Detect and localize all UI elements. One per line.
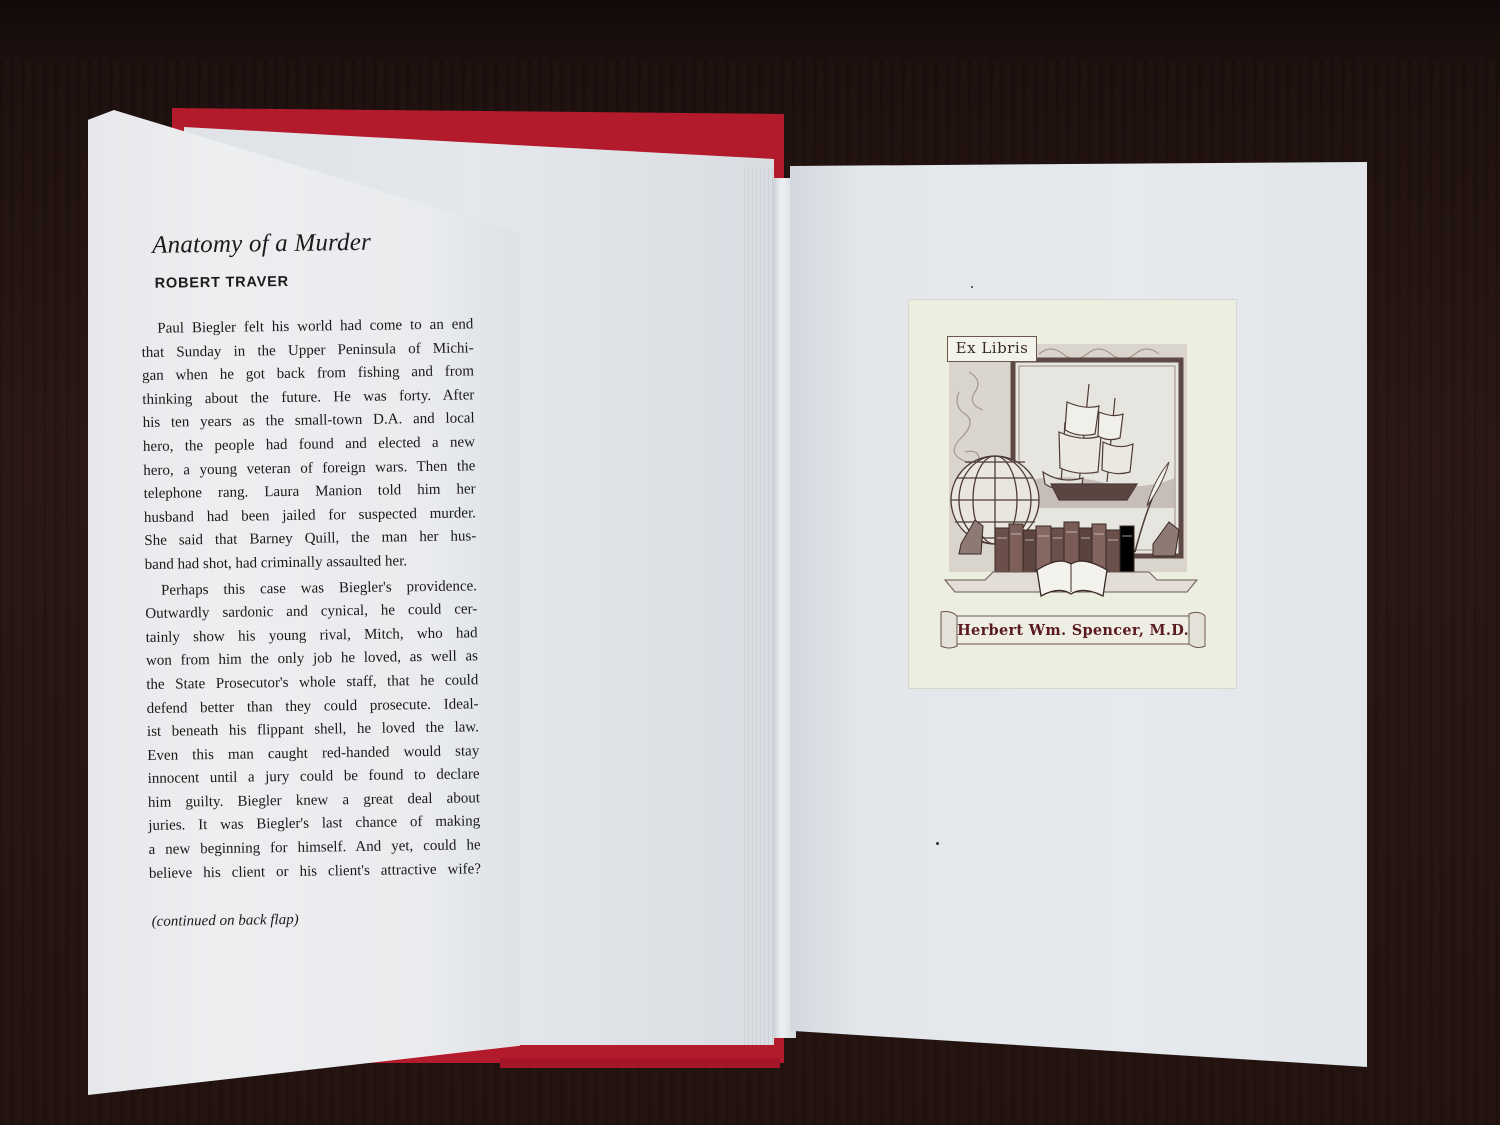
wooden-table-edge <box>0 0 1500 60</box>
gutter-texture <box>744 167 774 1047</box>
ex-libris-bookplate: Ex Libris Herbert Wm. Spencer, M.D. <box>909 300 1236 688</box>
author-name: ROBERT TRAVER <box>155 271 473 291</box>
paper-speck <box>971 286 973 288</box>
owner-name-scroll: Herbert Wm. Spencer, M.D. <box>935 610 1211 650</box>
bookplate-illustration-icon <box>939 332 1204 602</box>
paper-speck <box>936 842 939 845</box>
flap-text-block: Anatomy of a Murder ROBERT TRAVER Paul B… <box>140 227 482 931</box>
blurb-paragraph-2: Perhaps this case was Biegler's providen… <box>145 575 481 886</box>
book-title: Anatomy of a Murder <box>152 227 472 259</box>
blurb-paragraph-1: Paul Biegler felt his world had come to … <box>141 313 477 577</box>
red-board-bottom-edge <box>500 1058 780 1068</box>
blurb-line: She said that Barney Quill, the man her … <box>144 526 476 554</box>
ex-libris-label: Ex Libris <box>947 336 1037 362</box>
blurb-line: band had shot, had criminally assaulted … <box>144 549 476 577</box>
owner-name: Herbert Wm. Spencer, M.D. <box>935 610 1211 650</box>
flap-blurb: Paul Biegler felt his world had come to … <box>141 313 481 886</box>
blurb-line: believe his client or his client's attra… <box>149 858 481 886</box>
